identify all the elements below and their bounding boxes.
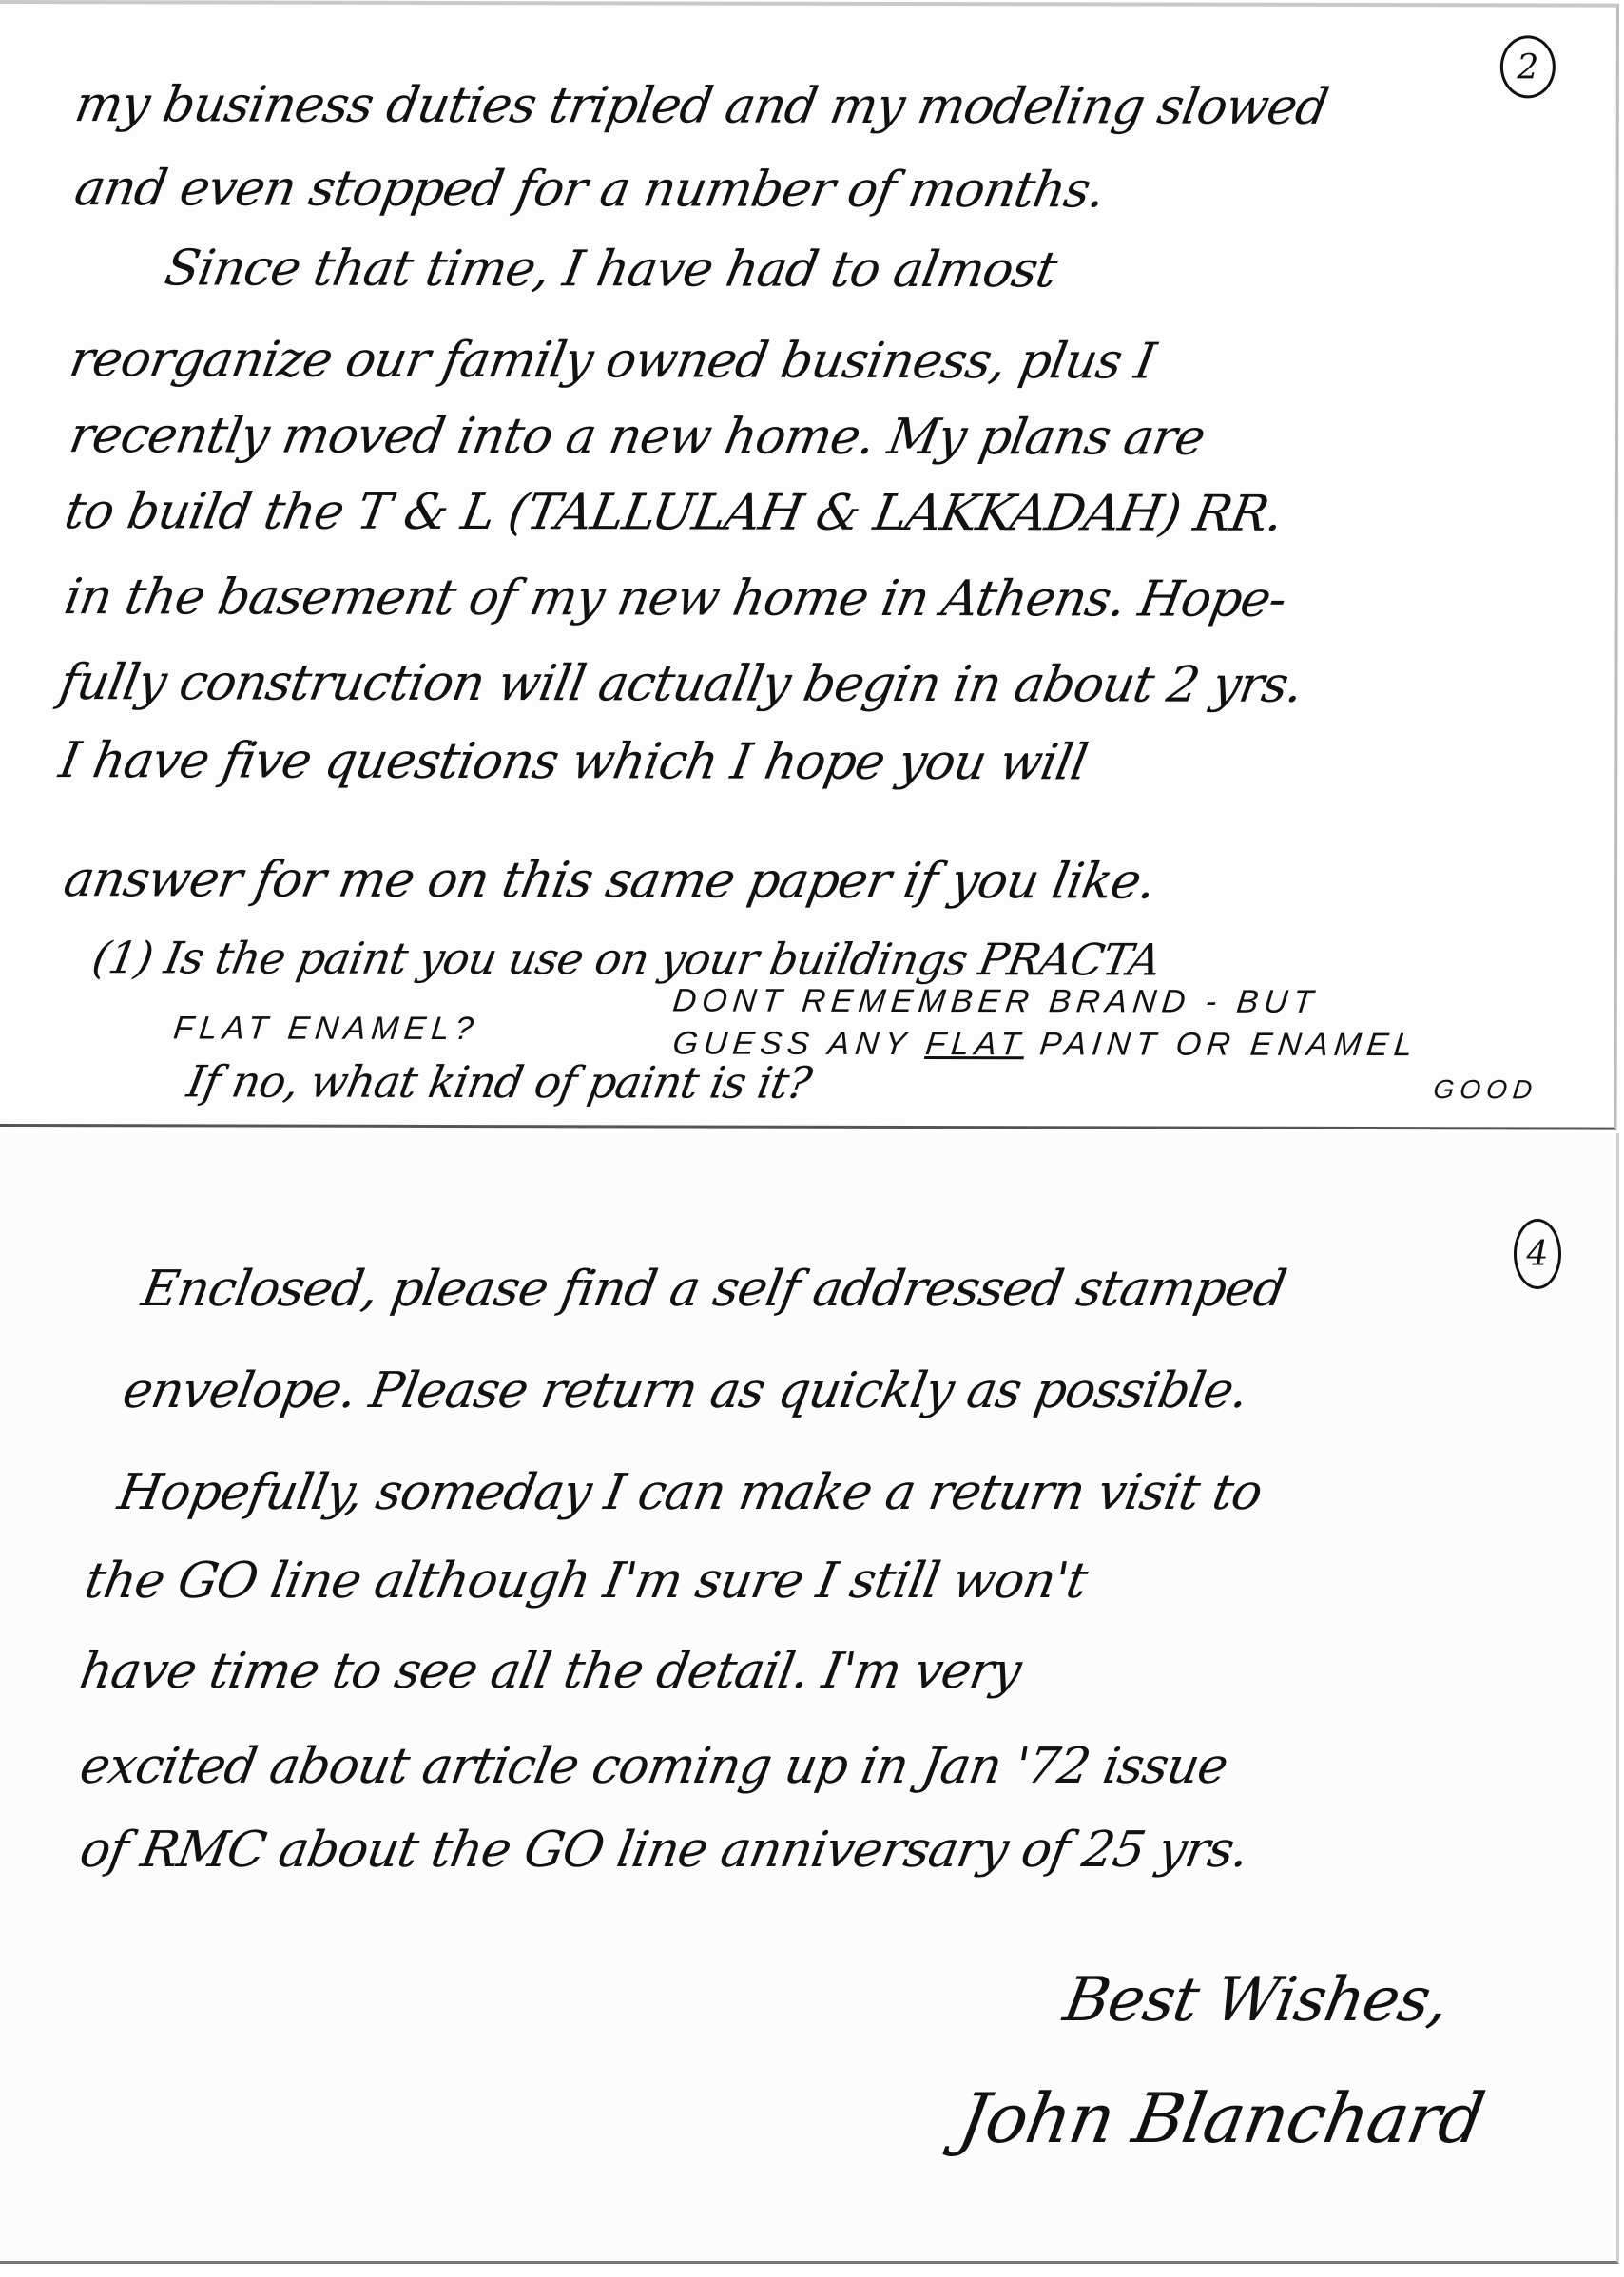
letter-line: fully construction will actually begin i… bbox=[56, 658, 1306, 710]
letter-line: the GO line although I'm sure I still wo… bbox=[81, 1556, 1090, 1606]
reply-emphasis-flat: FLAT bbox=[924, 1026, 1028, 1062]
letter-line: I have five questions which I hope you w… bbox=[56, 736, 1091, 787]
letter-page-2: 2 my business duties tripled and my mode… bbox=[0, 0, 1619, 1130]
letter-line: envelope. Please return as quickly as po… bbox=[119, 1366, 1251, 1416]
letter-line: of RMC about the GO line anniversary of … bbox=[76, 1825, 1251, 1875]
question-1-continued: FLAT ENAMEL? bbox=[172, 1012, 480, 1045]
signature: John Blanchard bbox=[955, 2084, 1489, 2152]
letter-line: Enclosed, please find a self addressed s… bbox=[138, 1264, 1288, 1314]
letter-line: answer for me on this same paper if you … bbox=[60, 855, 1158, 906]
letter-line: have time to see all the detail. I'm ver… bbox=[76, 1647, 1024, 1696]
letter-line: reorganize our family owned business, pl… bbox=[67, 335, 1159, 386]
question-1: (1) Is the paint you use on your buildin… bbox=[89, 936, 1164, 981]
letter-line: my business duties tripled and my modeli… bbox=[71, 80, 1331, 132]
letter-line: Hopefully, someday I can make a return v… bbox=[114, 1468, 1265, 1517]
reply-line-2-suffix: PAINT OR ENAMEL bbox=[1038, 1026, 1420, 1063]
reply-line-1: DONT REMEMBER BRAND - BUT bbox=[671, 984, 1321, 1017]
letter-line: recently moved into a new home. My plans… bbox=[66, 411, 1208, 462]
page-number-badge: 4 bbox=[1514, 1219, 1561, 1289]
page-number-badge: 2 bbox=[1500, 35, 1556, 98]
letter-line: to build the T & L (TALLULAH & LAKKADAH)… bbox=[61, 487, 1286, 539]
reply-line-2: GUESS ANY FLAT PAINT OR ENAMEL bbox=[671, 1027, 1420, 1061]
closing-salutation: Best Wishes, bbox=[1059, 1970, 1452, 2031]
question-1-followup: If no, what kind of paint is it? bbox=[184, 1059, 815, 1104]
letter-line: excited about article coming up in Jan '… bbox=[76, 1742, 1230, 1791]
letter-line: Since that time, I have had to almost bbox=[162, 243, 1060, 295]
reply-line-2-prefix: GUESS ANY bbox=[671, 1025, 914, 1062]
letter-page-4: 4 Enclosed, please find a self addressed… bbox=[0, 1133, 1619, 2264]
letter-line: and even stopped for a number of months. bbox=[71, 164, 1109, 215]
reply-line-3: GOOD bbox=[1432, 1076, 1539, 1103]
letter-line: in the basement of my new home in Athens… bbox=[61, 572, 1289, 625]
